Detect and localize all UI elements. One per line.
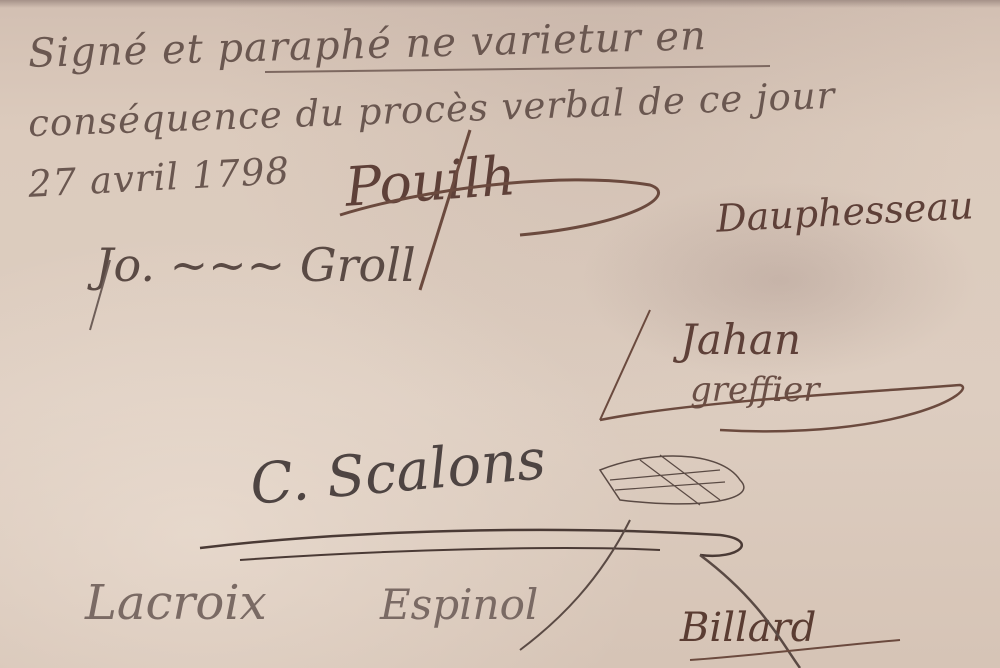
signature-espinol: Espinol — [380, 580, 538, 629]
signature-jo-groll: Jo. ~~~ Groll — [95, 238, 416, 292]
paper-edge-shadow — [0, 0, 1000, 8]
text-line-1: Signé et paraphé ne varietur en — [28, 13, 708, 77]
signature-jahan: Jahan — [680, 315, 801, 364]
signature-lacroix: Lacroix — [85, 575, 267, 631]
document-page: Signé et paraphé ne varietur en conséque… — [0, 0, 1000, 668]
signature-jahan-title: greffier — [690, 370, 819, 410]
signature-pouilh: Pouilh — [343, 144, 518, 219]
signature-billard: Billard — [680, 605, 816, 651]
signature-dauphesseau: Dauphesseau — [715, 183, 974, 240]
signature-scalons: C. Scalons — [248, 427, 549, 518]
text-line-2: conséquence du procès verbal de ce jour — [27, 74, 835, 145]
date-line: 27 avril 1798 — [27, 149, 291, 206]
